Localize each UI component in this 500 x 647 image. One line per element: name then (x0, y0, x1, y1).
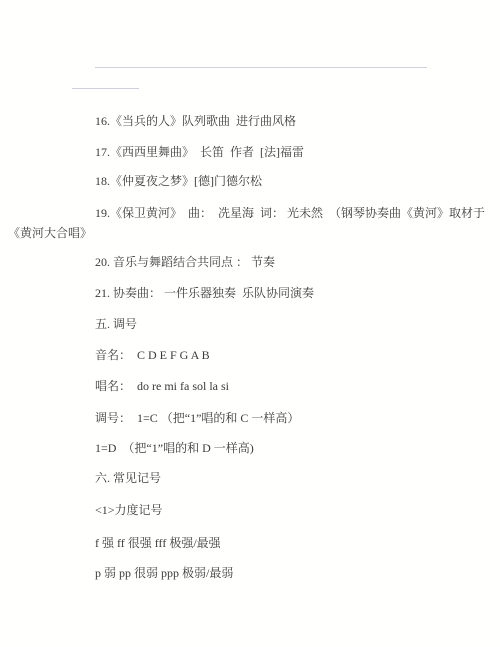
list-item-17: 17.《西西里舞曲》 长笛 作者 [法]福雷 (95, 142, 304, 162)
text-note-names: 音名： C D E F G A B (95, 345, 210, 365)
heading-dynamics-marks: <1>力度记号 (95, 500, 163, 520)
text-dynamics-forte: f 强 ff 很强 fff 极强/最强 (95, 533, 221, 553)
list-item-20: 20. 音乐与舞蹈结合共同点 ： 节奏 (95, 252, 275, 272)
list-item-18: 18.《仲夏夜之梦》[德]门德尔松 (95, 171, 262, 191)
heading-section-5-key-signatures: 五. 调号 (95, 314, 137, 334)
text-solfege-names: 唱名： do re mi fa sol la si (95, 376, 229, 396)
separator-line-short: ______________ (72, 73, 139, 93)
text-key-signature-c: 调号： 1=C （把“1”唱的和 C 一样高） (95, 408, 299, 428)
list-item-19: 19.《保卫黄河》 曲： 冼星海 词： 光未然 （钢琴协奏曲《黄河》取材于 (95, 203, 485, 223)
text-dynamics-piano: p 弱 pp 很弱 ppp 极弱/最弱 (95, 563, 233, 583)
separator-line-long: ________________________________________… (95, 52, 427, 72)
text-key-signature-d: 1=D （把“1”唱的和 D 一样高) (95, 438, 254, 458)
list-item-16: 16.《当兵的人》队列歌曲 进行曲风格 (95, 111, 296, 131)
list-item-21: 21. 协奏曲： 一件乐器独奏 乐队协同演奏 (95, 283, 314, 303)
list-item-19-continuation: 《黄河大合唱》 (8, 223, 92, 243)
heading-section-6-common-marks: 六. 常见记号 (95, 468, 161, 488)
document-page: ________________________________________… (0, 0, 500, 647)
